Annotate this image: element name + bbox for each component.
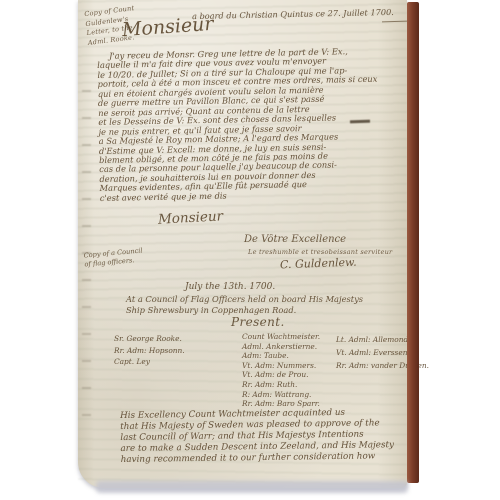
present-column-swedish: Count Wachtmeister.Adml. Ankerstierne.Ad…: [242, 332, 320, 409]
officer-name: Count Wachtmeister.: [242, 332, 320, 342]
council-minutes: His Excellency Count Wachtmeister acquai…: [120, 407, 413, 467]
letter-closing-line: De Vôtre Excellence: [244, 234, 346, 245]
letter-body: J'ay receu de Monsr. Greg une lettre de …: [97, 46, 416, 203]
council-heading: At a Council of Flag Officers held on bo…: [126, 294, 363, 315]
letter-signature: C. Guldenlew.: [280, 256, 357, 272]
present-column-english: Sr. George Rooke.Rr. Adm: Hopsonn.Capt. …: [114, 333, 185, 368]
book-spine-edge: [407, 2, 419, 483]
book-bottom-shadow: [96, 481, 408, 493]
officer-name: Adm: Taube.: [242, 351, 320, 361]
letter-closing-address: Monsieur: [158, 208, 224, 227]
council-date: July the 13th. 1700.: [185, 282, 275, 292]
manuscript-photo: Copy of CountGuldenlew'sLetter, to theAd…: [0, 0, 500, 500]
officer-name: Capt. Ley: [114, 356, 185, 368]
officer-name: R: Adm: Wattrang.: [242, 390, 320, 400]
council-heading-line: At a Council of Flag Officers held on bo…: [126, 294, 363, 305]
officer-name: Vt. Adm: de Prou.: [242, 370, 320, 380]
officer-name: Vt. Adm: Nummers.: [242, 361, 320, 371]
officer-name: Rr. Adm: Hopsonn.: [114, 345, 185, 357]
officer-name: Adml. Ankerstierne.: [242, 342, 320, 352]
margin-note-council-copy: Copy of a Councilof flag officers.: [83, 246, 143, 270]
council-heading-line: Ship Shrewsbury in Coppenhagen Road.: [126, 305, 363, 316]
present-label: Present.: [231, 315, 285, 329]
letter-closing-servant-line: Le treshumble et tresobeissant serviteur: [248, 248, 392, 256]
officer-name: Rr. Adm: Baro Sparr.: [242, 399, 320, 409]
manuscript-page: Copy of CountGuldenlew'sLetter, to theAd…: [78, 0, 407, 488]
officer-name: Sr. George Rooke.: [114, 333, 185, 345]
dateline-underline-flourish: [382, 21, 407, 23]
officer-name: Rr. Adm: Ruth.: [242, 380, 320, 390]
letter-dateline: a board du Christian Quintus ce 27. Juil…: [192, 7, 394, 21]
